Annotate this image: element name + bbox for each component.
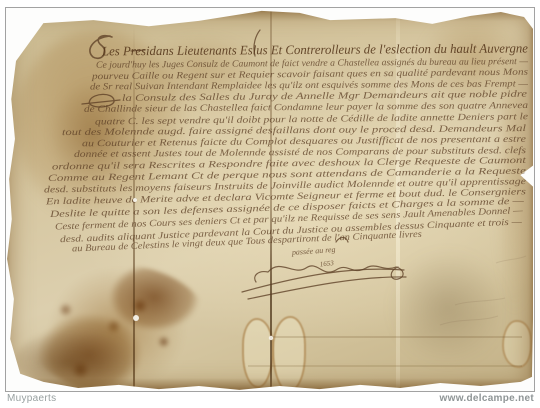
watermark-site: www.delcampe.net bbox=[440, 393, 534, 404]
watermark-seller: Muypaerts bbox=[7, 393, 56, 404]
manuscript-paper bbox=[6, 9, 533, 391]
screenshot: Les Presidans Lieutenants Eslus Et Contr… bbox=[0, 0, 540, 408]
edge-darkening bbox=[6, 9, 533, 391]
